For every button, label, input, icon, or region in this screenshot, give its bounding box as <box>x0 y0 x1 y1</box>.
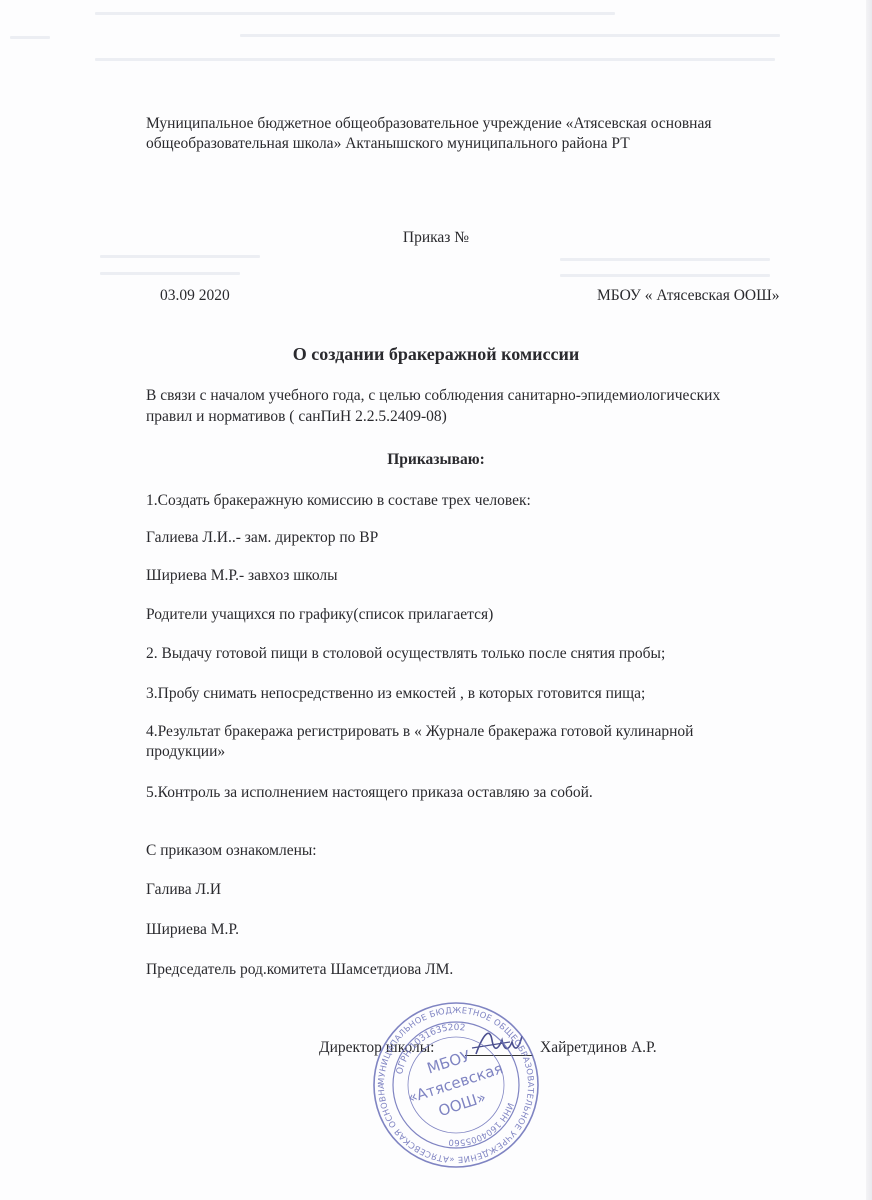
signature-name: Хайретдинов А.Р. <box>540 1038 657 1058</box>
preamble-line-1: В связи с началом учебного года, с целью… <box>146 386 720 406</box>
order-item: Шириева М.Р.- завхоз школы <box>146 566 338 586</box>
order-label: Приказ № <box>0 228 872 248</box>
bleed-through-mark <box>95 12 615 15</box>
institution-header: Муниципальное бюджетное общеобразователь… <box>146 114 796 154</box>
order-item: 2. Выдачу готовой пищи в столовой осущес… <box>146 644 665 664</box>
acknowledged-name: Председатель род.комитета Шамсетдиова ЛМ… <box>146 960 453 980</box>
order-item: 3.Пробу снимать непосредственно из емкос… <box>146 684 645 704</box>
order-item: Родители учащихся по графику(список прил… <box>146 605 493 625</box>
bleed-through-mark <box>560 274 770 277</box>
bleed-through-mark <box>560 258 770 261</box>
order-word: Приказываю: <box>0 450 872 470</box>
official-stamp-icon: МУНИЦИПАЛЬНОЕ БЮДЖЕТНОЕ ОБЩЕОБРАЗОВАТЕЛЬ… <box>371 1000 541 1170</box>
order-item: 5.Контроль за исполнением настоящего при… <box>146 783 593 803</box>
order-item: продукции» <box>146 742 225 762</box>
acknowledged-name: Шириева М.Р. <box>146 920 239 940</box>
institution-header-line-2: общеобразовательная школа» Актанышского … <box>146 134 796 154</box>
order-organization: МБОУ « Атясевская ООШ» <box>597 286 780 306</box>
bleed-through-mark <box>95 58 775 61</box>
scan-edge <box>866 0 872 1200</box>
document-title: О создании бракеражной комиссии <box>0 344 872 364</box>
preamble-line-2: правил и нормативов ( санПиН 2.2.5.2409-… <box>146 407 447 427</box>
order-item: Галиева Л.И..- зам. директор по ВР <box>146 528 378 548</box>
bleed-through-mark <box>100 255 260 258</box>
scanned-document-page: Муниципальное бюджетное общеобразователь… <box>0 0 872 1200</box>
order-item: 4.Результат бракеража регистрировать в «… <box>146 722 693 742</box>
acknowledged-heading: С приказом ознакомлены: <box>146 841 317 861</box>
bleed-through-mark <box>10 36 50 39</box>
institution-header-line-1: Муниципальное бюджетное общеобразователь… <box>146 114 796 134</box>
order-item: 1.Создать бракеражную комиссию в составе… <box>146 491 531 511</box>
bleed-through-mark <box>240 34 780 37</box>
bleed-through-mark <box>100 272 240 275</box>
order-date: 03.09 2020 <box>160 286 230 306</box>
acknowledged-name: Галива Л.И <box>146 880 221 900</box>
